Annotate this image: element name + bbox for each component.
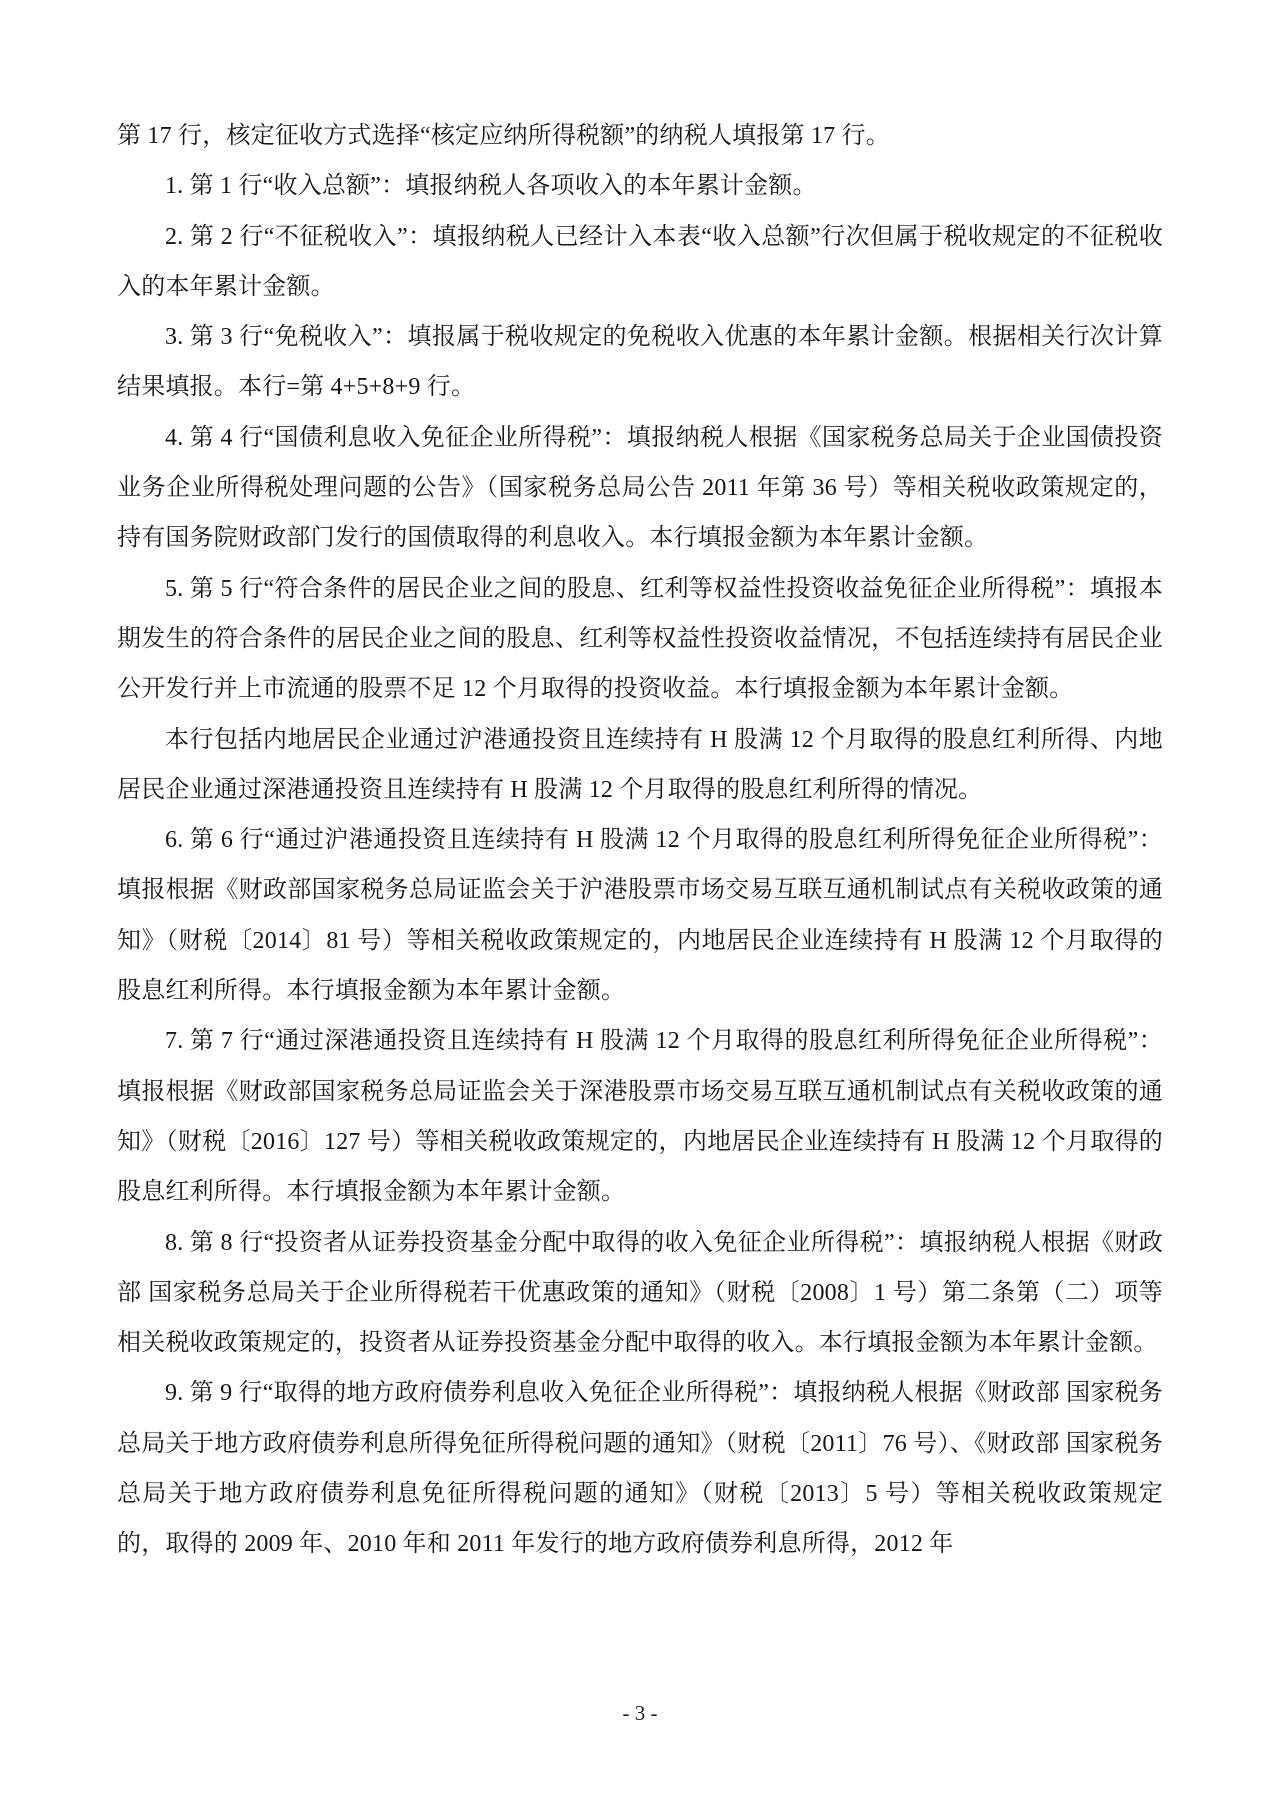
paragraph: 4. 第 4 行“国债利息收入免征企业所得税”：填报纳税人根据《国家税务总局关于… <box>117 413 1163 564</box>
paragraph: 本行包括内地居民企业通过沪港通投资且连续持有 H 股满 12 个月取得的股息红利… <box>117 715 1163 816</box>
paragraph: 3. 第 3 行“免税收入”：填报属于税收规定的免税收入优惠的本年累计金额。根据… <box>117 312 1163 413</box>
document-body: 第 17 行，核定征收方式选择“核定应纳所得税额”的纳税人填报第 17 行。1.… <box>117 111 1163 1570</box>
paragraph: 6. 第 6 行“通过沪港通投资且连续持有 H 股满 12 个月取得的股息红利所… <box>117 815 1163 1016</box>
paragraph: 2. 第 2 行“不征税收入”：填报纳税人已经计入本表“收入总额”行次但属于税收… <box>117 212 1163 313</box>
paragraph: 5. 第 5 行“符合条件的居民企业之间的股息、红利等权益性投资收益免征企业所得… <box>117 564 1163 715</box>
paragraph: 8. 第 8 行“投资者从证券投资基金分配中取得的收入免征企业所得税”：填报纳税… <box>117 1218 1163 1369</box>
page-number: - 3 - <box>0 1701 1280 1726</box>
document-page: 第 17 行，核定征收方式选择“核定应纳所得税额”的纳税人填报第 17 行。1.… <box>0 0 1280 1810</box>
paragraph: 1. 第 1 行“收入总额”：填报纳税人各项收入的本年累计金额。 <box>117 161 1163 211</box>
paragraph: 7. 第 7 行“通过深港通投资且连续持有 H 股满 12 个月取得的股息红利所… <box>117 1016 1163 1217</box>
paragraph: 第 17 行，核定征收方式选择“核定应纳所得税额”的纳税人填报第 17 行。 <box>117 111 1163 161</box>
paragraph: 9. 第 9 行“取得的地方政府债券利息收入免征企业所得税”：填报纳税人根据《财… <box>117 1368 1163 1569</box>
